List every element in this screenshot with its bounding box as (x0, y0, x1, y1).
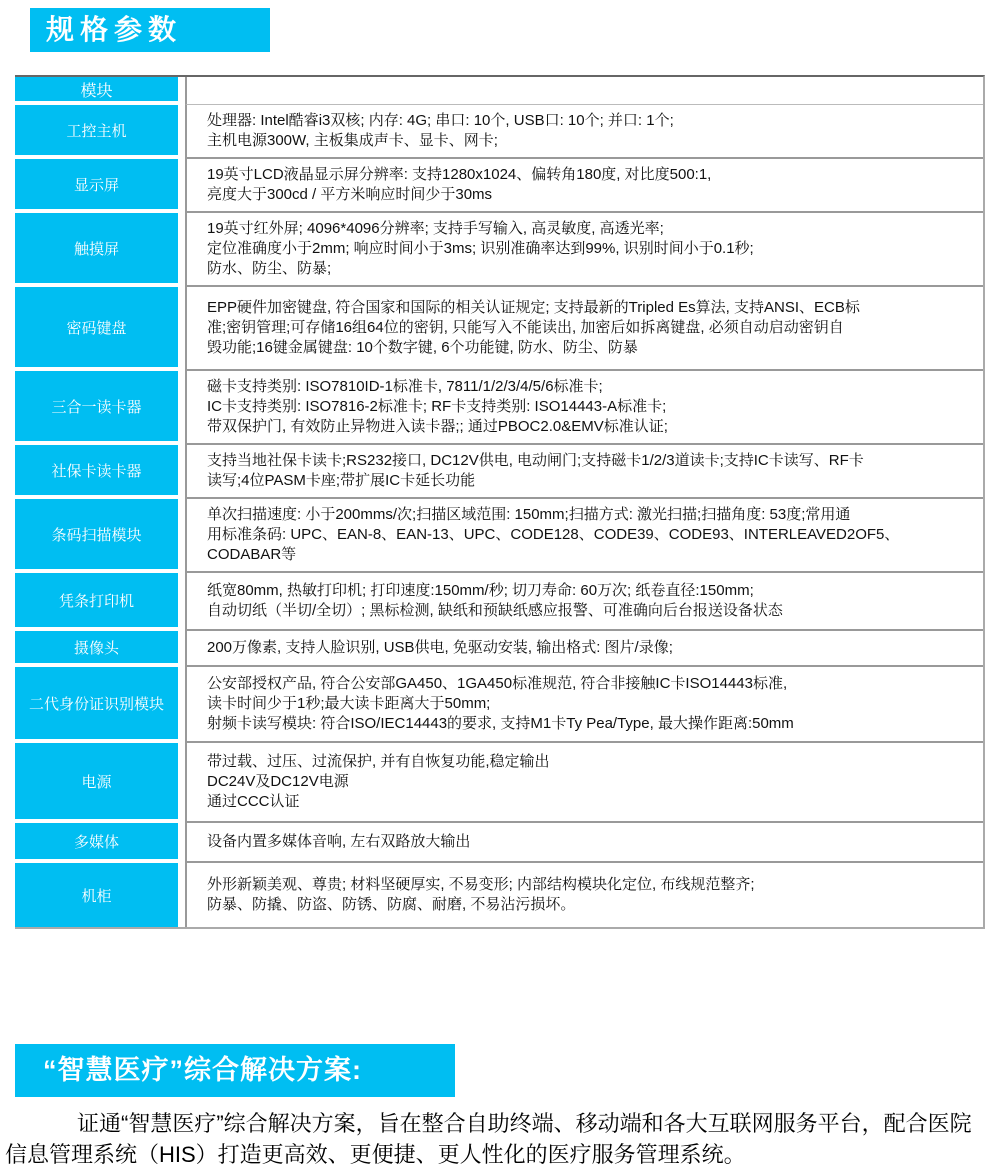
spec-line: 定位准确度小于2mm; 响应时间小于3ms; 识别准确率达到99%, 识别时间小… (207, 239, 971, 259)
spec-table: 模块 工控主机 处理器: Intel酷睿i3双核; 内存: 4G; 串口: 10… (15, 75, 985, 929)
table-gutter (178, 445, 185, 499)
table-gutter (178, 287, 185, 371)
table-gutter (178, 823, 185, 863)
module-name-cell: 工控主机 (15, 105, 178, 159)
table-gutter (178, 105, 185, 159)
table-gutter (178, 213, 185, 287)
spec-line: 毁功能;16键金属键盘: 10个数字键, 6个功能键, 防水、防尘、防暴 (207, 338, 971, 358)
table-header-module: 模块 (15, 77, 178, 105)
module-name-cell: 条码扫描模块 (15, 499, 178, 573)
table-gutter (178, 159, 185, 213)
module-spec-cell: 带过载、过压、过流保护, 并有自恢复功能,稳定输出DC24V及DC12V电源通过… (185, 743, 983, 823)
spec-line: IC卡支持类别: ISO7816-2标准卡; RF卡支持类别: ISO14443… (207, 397, 971, 417)
solution-paragraph-line: 信息管理系统（HIS）打造更高效、更便捷、更人性化的医疗服务管理系统。 (5, 1139, 993, 1166)
spec-line: 自动切纸（半切/全切）; 黑标检测, 缺纸和预缺纸感应报警、可准确向后台报送设备… (207, 601, 971, 621)
module-name-cell: 电源 (15, 743, 178, 823)
module-name-cell: 密码键盘 (15, 287, 178, 371)
module-spec-cell: 处理器: Intel酷睿i3双核; 内存: 4G; 串口: 10个, USB口:… (185, 105, 983, 159)
spec-line: 射频卡读写模块: 符合ISO/IEC14443的要求, 支持M1卡Ty Pea/… (207, 714, 971, 734)
spec-line: 200万像素, 支持人脸识别, USB供电, 免驱动安装, 输出格式: 图片/录… (207, 638, 971, 658)
table-row: 摄像头 200万像素, 支持人脸识别, USB供电, 免驱动安装, 输出格式: … (15, 631, 983, 667)
table-row: 多媒体 设备内置多媒体音响, 左右双路放大输出 (15, 823, 983, 863)
spec-line: 19英寸红外屏; 4096*4096分辨率; 支持手写输入, 高灵敏度, 高透光… (207, 219, 971, 239)
table-row: 机柜 外形新颖美观、尊贵; 材料坚硬厚实, 不易变形; 内部结构模块化定位, 布… (15, 863, 983, 927)
spec-line: 公安部授权产品, 符合公安部GA450、1GA450标准规范, 符合非接触IC卡… (207, 674, 971, 694)
table-row: 凭条打印机 纸宽80mm, 热敏打印机; 打印速度:150mm/秒; 切刀寿命:… (15, 573, 983, 631)
spec-line: 带双保护门, 有效防止异物进入读卡器;; 通过PBOC2.0&EMV标准认证; (207, 417, 971, 437)
page-title: 规格参数 (30, 8, 270, 52)
module-name-cell: 显示屏 (15, 159, 178, 213)
spec-sheet-page: 规格参数 模块 工控主机 处理器: Intel酷睿i3双核; 内存: 4G; 串… (0, 0, 1000, 1166)
spec-line: 带过载、过压、过流保护, 并有自恢复功能,稳定输出 (207, 752, 971, 772)
spec-line: 防暴、防撬、防盗、防锈、防腐、耐磨, 不易沾污损坏。 (207, 895, 971, 915)
table-row: 二代身份证识别模块 公安部授权产品, 符合公安部GA450、1GA450标准规范… (15, 667, 983, 743)
table-row: 显示屏 19英寸LCD液晶显示屏分辨率: 支持1280x1024、偏转角180度… (15, 159, 983, 213)
spec-line: 通过CCC认证 (207, 792, 971, 812)
table-gutter (178, 743, 185, 823)
module-spec-cell: 200万像素, 支持人脸识别, USB供电, 免驱动安装, 输出格式: 图片/录… (185, 631, 983, 667)
module-spec-cell: 支持当地社保卡读卡;RS232接口, DC12V供电, 电动闸门;支持磁卡1/2… (185, 445, 983, 499)
spec-line: 外形新颖美观、尊贵; 材料坚硬厚实, 不易变形; 内部结构模块化定位, 布线规范… (207, 875, 971, 895)
spec-line: 处理器: Intel酷睿i3双核; 内存: 4G; 串口: 10个, USB口:… (207, 111, 971, 131)
module-spec-cell: 公安部授权产品, 符合公安部GA450、1GA450标准规范, 符合非接触IC卡… (185, 667, 983, 743)
table-gutter (178, 77, 185, 105)
table-row: 电源 带过载、过压、过流保护, 并有自恢复功能,稳定输出DC24V及DC12V电… (15, 743, 983, 823)
module-name-cell: 社保卡读卡器 (15, 445, 178, 499)
module-name-cell: 凭条打印机 (15, 573, 178, 631)
spec-line: EPP硬件加密键盘, 符合国家和国际的相关认证规定; 支持最新的Tripled … (207, 298, 971, 318)
table-row: 密码键盘 EPP硬件加密键盘, 符合国家和国际的相关认证规定; 支持最新的Tri… (15, 287, 983, 371)
module-spec-cell: 设备内置多媒体音响, 左右双路放大输出 (185, 823, 983, 863)
module-name-cell: 摄像头 (15, 631, 178, 667)
table-gutter (178, 863, 185, 927)
spec-line: 支持当地社保卡读卡;RS232接口, DC12V供电, 电动闸门;支持磁卡1/2… (207, 451, 971, 471)
module-name-cell: 多媒体 (15, 823, 178, 863)
spec-line: 读卡时间少于1秒;最大读卡距离大于50mm; (207, 694, 971, 714)
table-gutter (178, 631, 185, 667)
table-header-row: 模块 (15, 77, 983, 105)
table-row: 三合一读卡器 磁卡支持类别: ISO7810ID-1标准卡, 7811/1/2/… (15, 371, 983, 445)
module-name-cell: 触摸屏 (15, 213, 178, 287)
table-gutter (178, 499, 185, 573)
spec-line: 纸宽80mm, 热敏打印机; 打印速度:150mm/秒; 切刀寿命: 60万次;… (207, 581, 971, 601)
module-spec-cell: 单次扫描速度: 小于200mms/次;扫描区域范围: 150mm;扫描方式: 激… (185, 499, 983, 573)
module-spec-cell: 19英寸红外屏; 4096*4096分辨率; 支持手写输入, 高灵敏度, 高透光… (185, 213, 983, 287)
module-spec-cell: 磁卡支持类别: ISO7810ID-1标准卡, 7811/1/2/3/4/5/6… (185, 371, 983, 445)
table-gutter (178, 573, 185, 631)
table-row: 社保卡读卡器 支持当地社保卡读卡;RS232接口, DC12V供电, 电动闸门;… (15, 445, 983, 499)
module-name-cell: 三合一读卡器 (15, 371, 178, 445)
spec-line: 19英寸LCD液晶显示屏分辨率: 支持1280x1024、偏转角180度, 对比… (207, 165, 971, 185)
spec-line: 防水、防尘、防暴; (207, 259, 971, 279)
spec-line: 亮度大于300cd / 平方米响应时间少于30ms (207, 185, 971, 205)
spec-line: 读写;4位PASM卡座;带扩展IC卡延长功能 (207, 471, 971, 491)
solution-paragraph-line: 证通“智慧医疗”综合解决方案，旨在整合自助终端、移动端和各大互联网服务平台，配合… (5, 1108, 993, 1139)
spec-line: 准;密钥管理;可存储16组64位的密钥, 只能写入不能读出, 加密后如拆离键盘,… (207, 318, 971, 338)
module-spec-cell: 19英寸LCD液晶显示屏分辨率: 支持1280x1024、偏转角180度, 对比… (185, 159, 983, 213)
table-gutter (178, 667, 185, 743)
table-row: 触摸屏 19英寸红外屏; 4096*4096分辨率; 支持手写输入, 高灵敏度,… (15, 213, 983, 287)
module-name-cell: 机柜 (15, 863, 178, 927)
spec-line: 主机电源300W, 主板集成声卡、显卡、网卡; (207, 131, 971, 151)
table-gutter (178, 371, 185, 445)
spec-line: 用标准条码: UPC、EAN-8、EAN-13、UPC、CODE128、CODE… (207, 525, 971, 565)
spec-line: 磁卡支持类别: ISO7810ID-1标准卡, 7811/1/2/3/4/5/6… (207, 377, 971, 397)
spec-line: 设备内置多媒体音响, 左右双路放大输出 (207, 832, 971, 852)
module-spec-cell: 外形新颖美观、尊贵; 材料坚硬厚实, 不易变形; 内部结构模块化定位, 布线规范… (185, 863, 983, 927)
table-header-spec (185, 77, 983, 105)
table-row: 条码扫描模块 单次扫描速度: 小于200mms/次;扫描区域范围: 150mm;… (15, 499, 983, 573)
module-name-cell: 二代身份证识别模块 (15, 667, 178, 743)
module-spec-cell: EPP硬件加密键盘, 符合国家和国际的相关认证规定; 支持最新的Tripled … (185, 287, 983, 371)
module-spec-cell: 纸宽80mm, 热敏打印机; 打印速度:150mm/秒; 切刀寿命: 60万次;… (185, 573, 983, 631)
spec-line: 单次扫描速度: 小于200mms/次;扫描区域范围: 150mm;扫描方式: 激… (207, 505, 971, 525)
spec-line: DC24V及DC12V电源 (207, 772, 971, 792)
solution-heading: “智慧医疗”综合解决方案: (15, 1044, 455, 1097)
table-row: 工控主机 处理器: Intel酷睿i3双核; 内存: 4G; 串口: 10个, … (15, 105, 983, 159)
solution-paragraph: 证通“智慧医疗”综合解决方案，旨在整合自助终端、移动端和各大互联网服务平台，配合… (5, 1108, 993, 1166)
